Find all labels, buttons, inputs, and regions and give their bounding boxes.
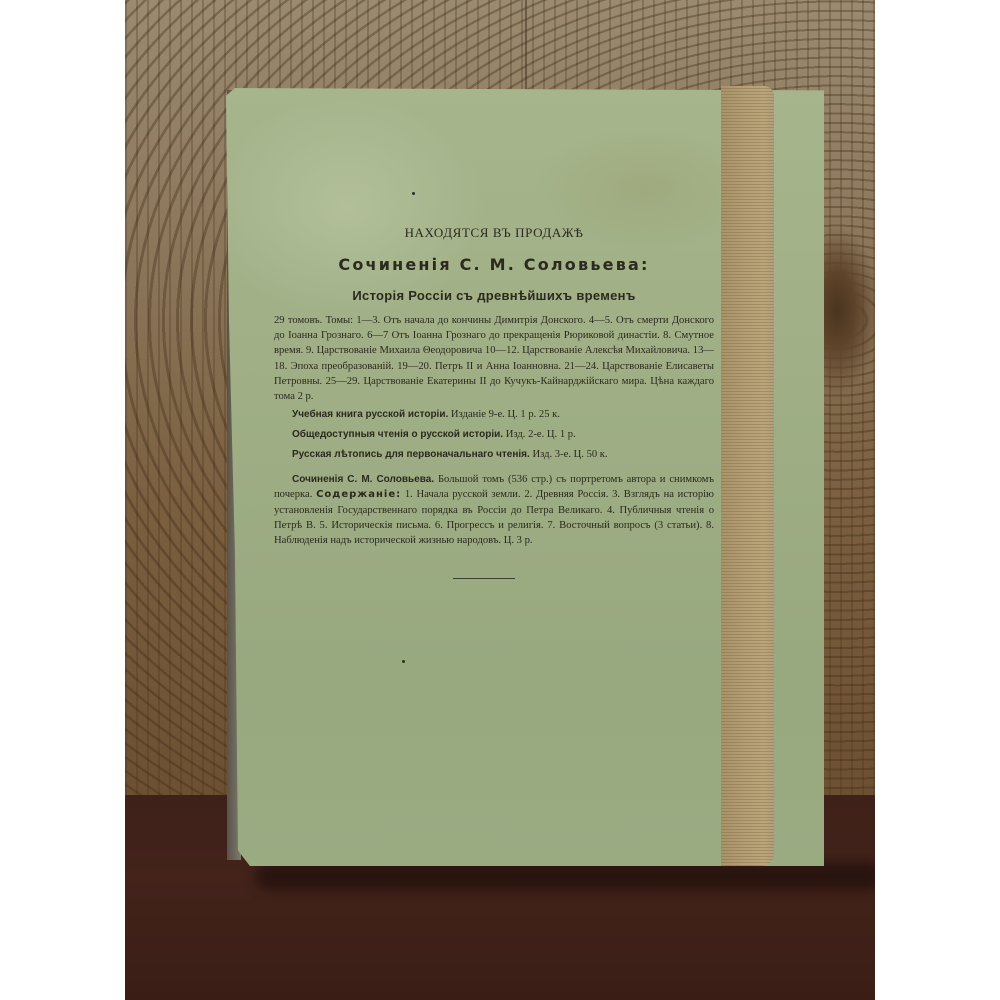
divider-rule: [453, 578, 515, 579]
collected-works-title: Сочиненія С. М. Соловьева.: [292, 474, 434, 485]
cloth-spine: [721, 86, 774, 866]
book-entry-title: Учебная книга русской исторіи.: [292, 409, 448, 420]
contents-label: Содержаніе:: [316, 489, 401, 500]
works-title: Сочиненія С. М. Соловьева:: [274, 255, 714, 274]
book-entry: Русская лѣтопись для первоначальнаго чте…: [274, 447, 714, 462]
ad-heading: НАХОДЯТСЯ ВЪ ПРОДАЖѢ: [274, 225, 714, 241]
book-entry-details: Изд. 3-е. Ц. 50 к.: [532, 449, 607, 460]
book-entry: Учебная книга русской исторіи. Изданіе 9…: [274, 407, 714, 422]
book-entry-title: Русская лѣтопись для первоначальнаго чте…: [292, 449, 530, 460]
history-title: Исторія Россіи съ древнѣйшихъ временъ: [274, 288, 714, 303]
book-entry: Общедоступныя чтенія о русской исторіи. …: [274, 427, 714, 442]
book-entry-title: Общедоступныя чтенія о русской исторіи.: [292, 429, 503, 440]
ink-speck: [402, 660, 405, 663]
collected-works-entry: Сочиненія С. М. Соловьева. Большой томъ …: [274, 472, 714, 548]
cover-text: НАХОДЯТСЯ ВЪ ПРОДАЖѢ Сочиненія С. М. Сол…: [274, 165, 714, 579]
book-entry-details: Изданіе 9-е. Ц. 1 р. 25 к.: [451, 409, 560, 420]
book-photo: НАХОДЯТСЯ ВЪ ПРОДАЖѢ Сочиненія С. М. Сол…: [125, 0, 875, 1000]
history-description: 29 томовъ. Томы: 1—3. Отъ начала до конч…: [274, 313, 714, 404]
book-entry-details: Изд. 2-е. Ц. 1 р.: [506, 429, 576, 440]
